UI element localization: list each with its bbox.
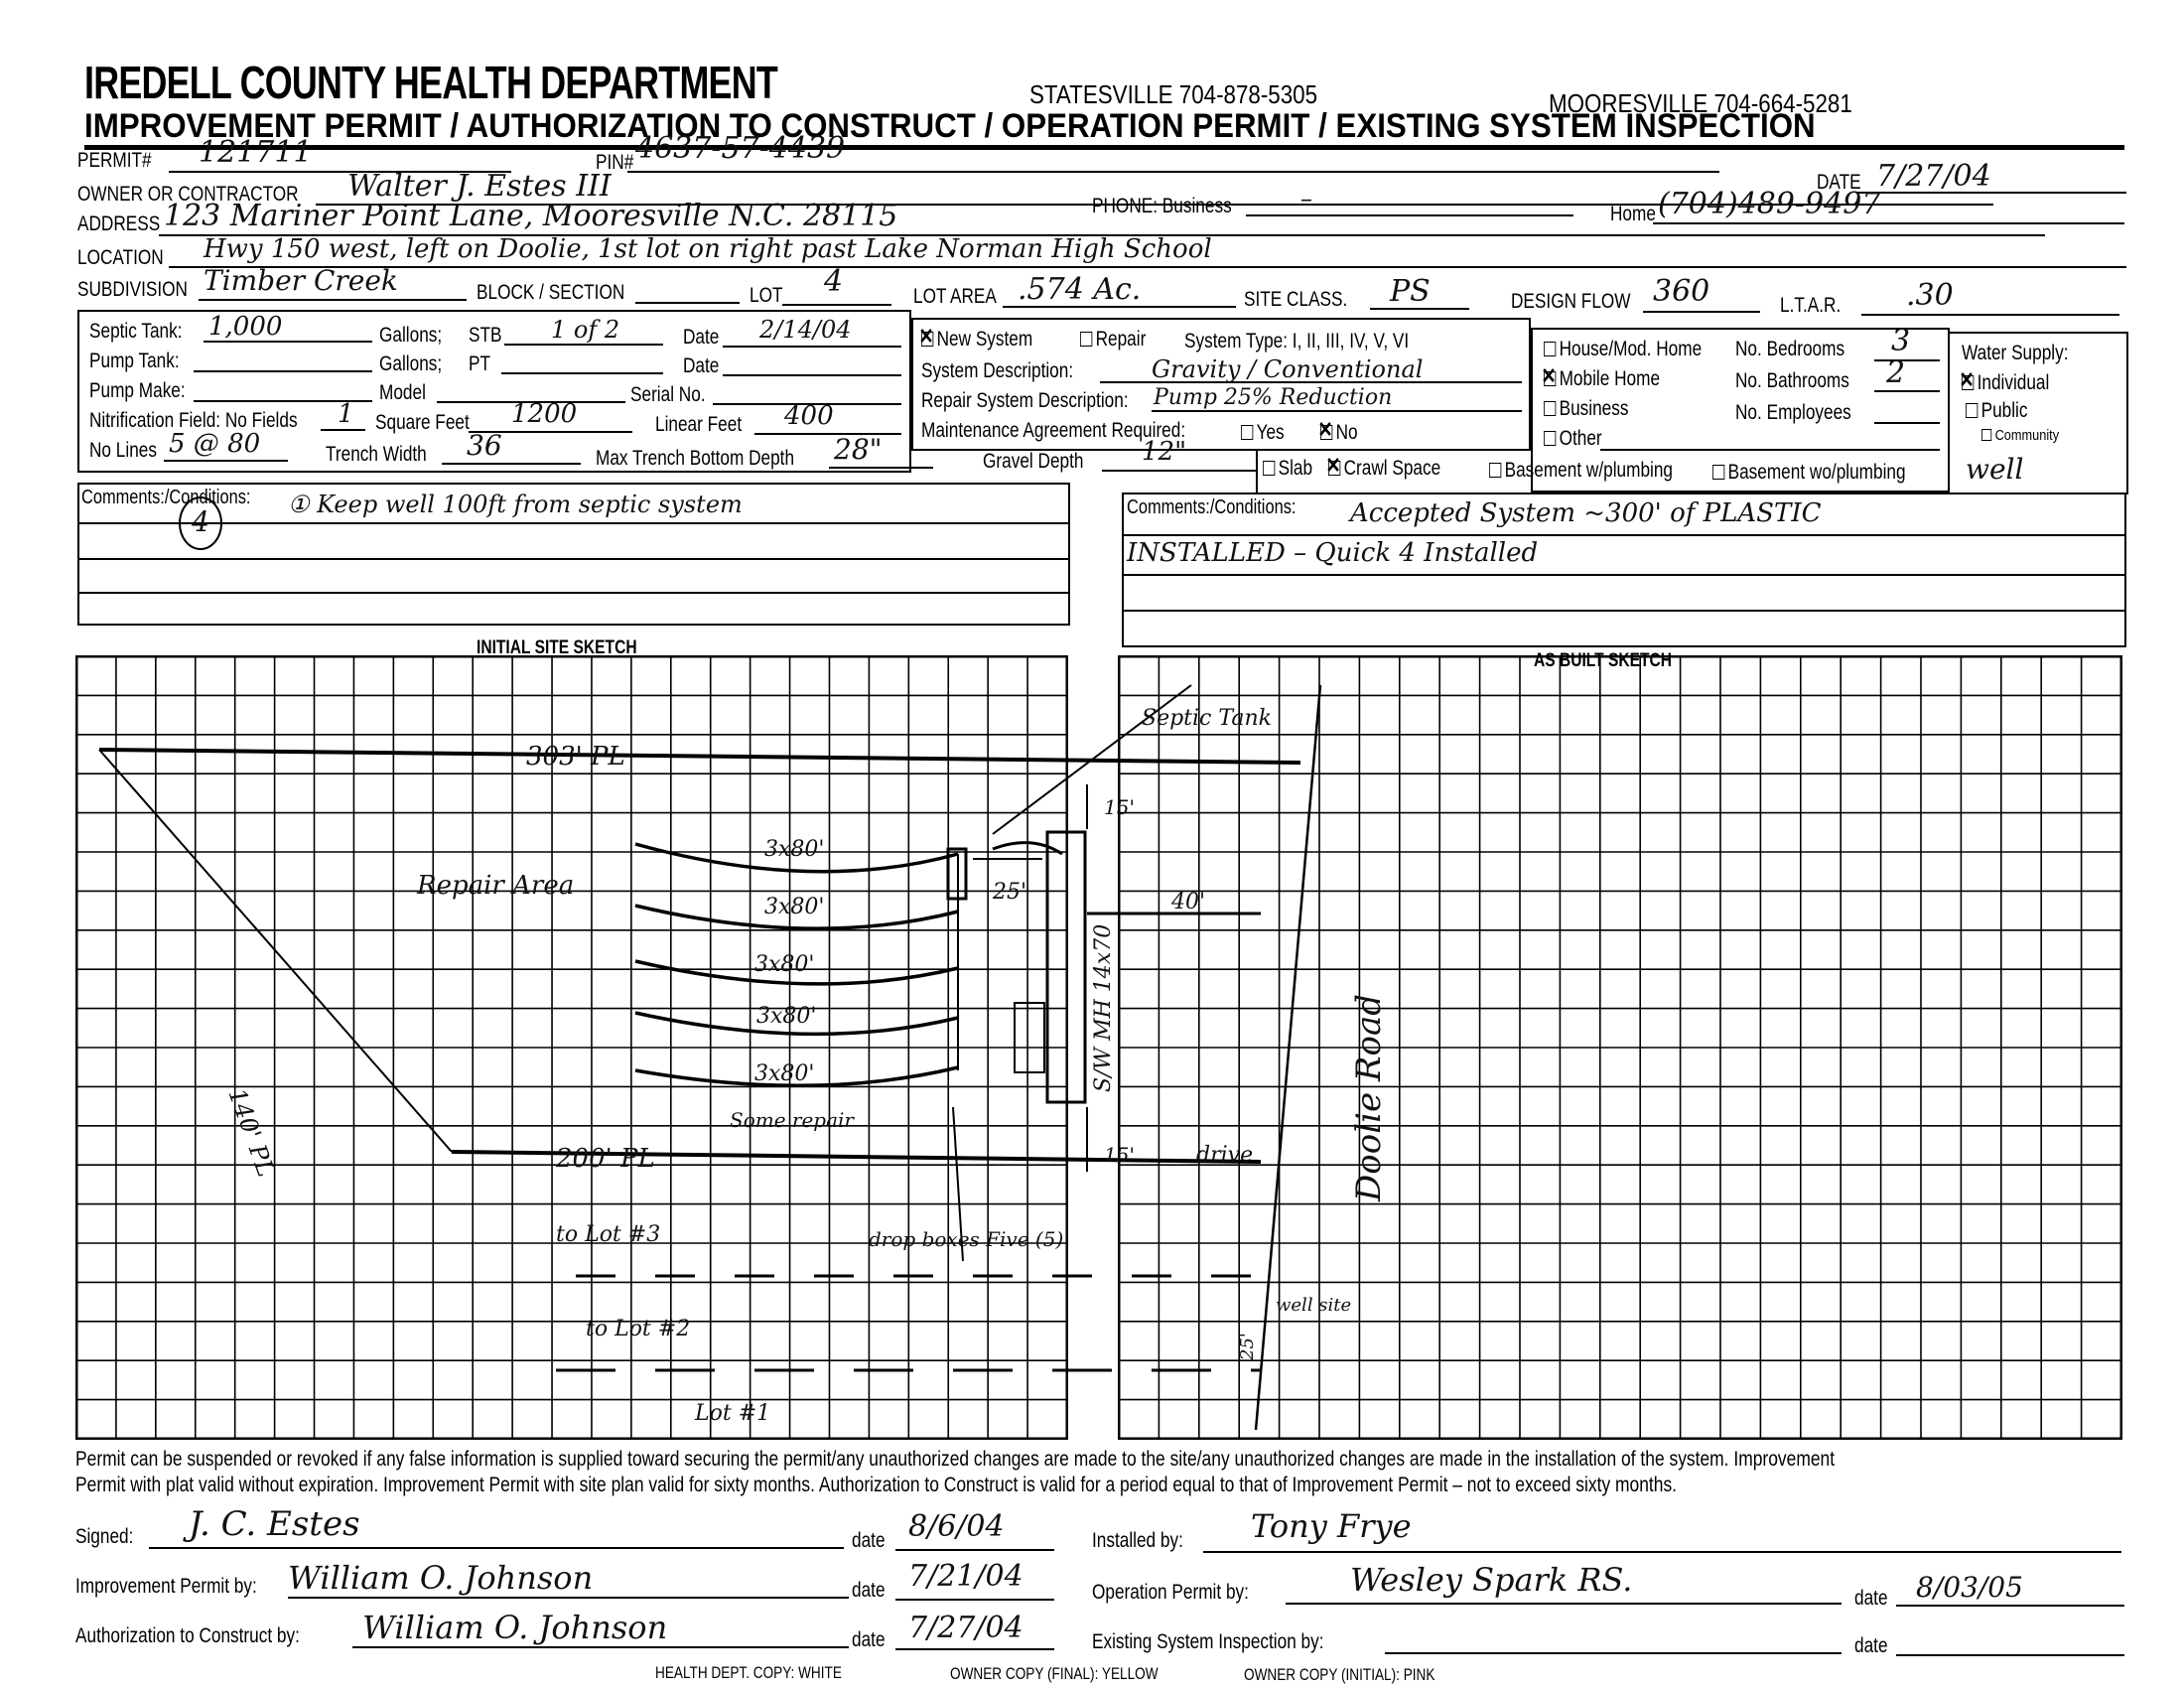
- svg-text:Some repair: Some repair: [730, 1108, 855, 1132]
- svg-text:Lot #1: Lot #1: [694, 1401, 770, 1426]
- svg-text:3x80': 3x80': [764, 895, 824, 919]
- atc-label: Authorization to Construct by:: [75, 1624, 300, 1648]
- installed-by-label: Installed by:: [1092, 1529, 1183, 1553]
- disclaimer-line2: Permit with plat valid without expiratio…: [75, 1474, 1677, 1497]
- svg-text:well site: well site: [1276, 1295, 1351, 1316]
- svg-text:to Lot #2: to Lot #2: [586, 1317, 690, 1341]
- svg-text:to Lot #3: to Lot #3: [556, 1222, 660, 1247]
- top-pl-label: 303' PL: [526, 742, 625, 772]
- signed-signature[interactable]: J. C. Estes: [189, 1504, 360, 1544]
- svg-text:25': 25': [992, 880, 1026, 905]
- operation-date-label: date: [1854, 1587, 1888, 1611]
- operation-permit-signature[interactable]: Wesley Spark RS.: [1350, 1561, 1632, 1599]
- bottom-pl-label: 200' PL: [555, 1144, 655, 1174]
- existing-inspection-label: Existing System Inspection by:: [1092, 1630, 1324, 1654]
- svg-text:drive: drive: [1196, 1143, 1253, 1168]
- svg-text:3x80': 3x80': [756, 1004, 816, 1029]
- svg-text:15': 15': [1104, 795, 1135, 819]
- disclaimer-line1: Permit can be suspended or revoked if an…: [75, 1448, 1835, 1472]
- svg-text:3x80': 3x80': [754, 1061, 814, 1086]
- operation-permit-label: Operation Permit by:: [1092, 1581, 1249, 1605]
- footer-copy-yellow: OWNER COPY (FINAL): YELLOW: [950, 1664, 1159, 1684]
- svg-text:Doolie Road: Doolie Road: [1349, 994, 1389, 1202]
- installed-by-signature[interactable]: Tony Frye: [1251, 1507, 1412, 1545]
- existing-date-label: date: [1854, 1634, 1888, 1658]
- repair-area-label: Repair Area: [416, 871, 574, 901]
- svg-text:140' PL: 140' PL: [222, 1084, 280, 1180]
- footer-copy-white: HEALTH DEPT. COPY: WHITE: [655, 1663, 842, 1683]
- signed-label: Signed:: [75, 1525, 133, 1549]
- svg-text:3x80': 3x80': [754, 952, 814, 977]
- improvement-date-label: date: [852, 1579, 886, 1603]
- svg-text:15': 15': [1104, 1143, 1135, 1167]
- svg-text:25': 25': [1237, 1333, 1258, 1361]
- signed-date-label: date: [852, 1529, 886, 1553]
- footer-copy-pink: OWNER COPY (INITIAL): PINK: [1244, 1665, 1434, 1685]
- septic-tank-label: Septic Tank: [1142, 706, 1272, 731]
- atc-date-label: date: [852, 1628, 886, 1652]
- improvement-permit-label: Improvement Permit by:: [75, 1575, 257, 1599]
- improvement-date-field[interactable]: 7/21/04: [908, 1559, 1024, 1594]
- svg-text:S/W MH 14x70: S/W MH 14x70: [1091, 924, 1116, 1092]
- site-sketch-drawing: 303' PL 200' PL Repair Area Septic Tank …: [0, 0, 2184, 1689]
- svg-text:40': 40': [1170, 890, 1205, 915]
- svg-text:drop boxes Five (5): drop boxes Five (5): [869, 1227, 1063, 1251]
- atc-signature[interactable]: William O. Johnson: [362, 1609, 667, 1646]
- improvement-permit-signature[interactable]: William O. Johnson: [288, 1559, 593, 1597]
- signed-date-field[interactable]: 8/6/04: [908, 1509, 1005, 1544]
- operation-date-field[interactable]: 8/03/05: [1916, 1571, 2023, 1604]
- atc-date-field[interactable]: 7/27/04: [908, 1611, 1024, 1645]
- svg-text:3x80': 3x80': [764, 837, 824, 862]
